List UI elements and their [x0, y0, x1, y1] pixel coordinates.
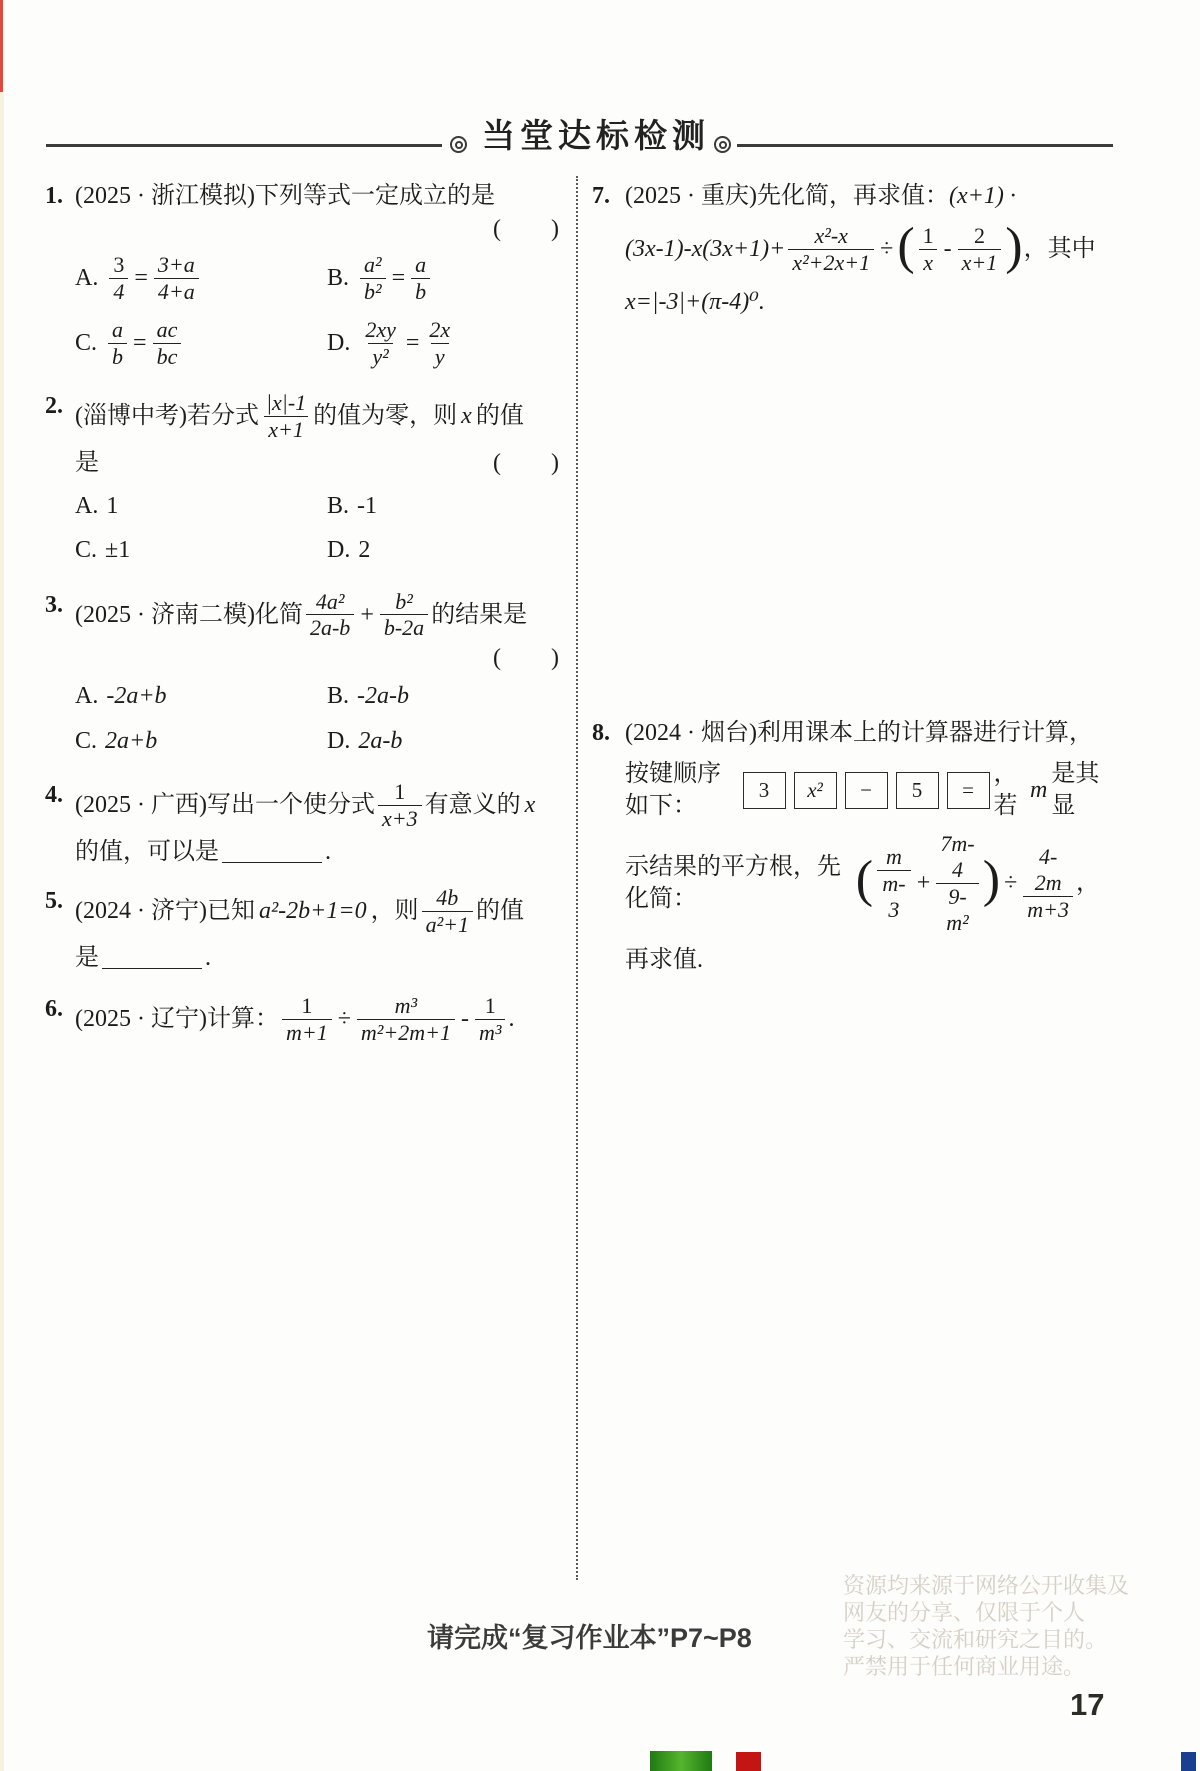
calculator-key-5: 5: [896, 772, 939, 809]
problem-7: 7. (2025 · 重庆)先化简，再求值： (x+1) · (3x-1)-x(…: [592, 180, 1100, 319]
big-left-paren: (: [897, 226, 914, 268]
fraction: ab: [108, 317, 127, 370]
problem-number: 7.: [592, 180, 625, 212]
problem-2: 2. (淄博中考)若分式 |x|-1x+1 的值为零，则 x 的值 是 ( ) …: [45, 390, 561, 573]
problem-number: 4.: [45, 779, 75, 811]
problem-number: 8.: [592, 717, 625, 749]
option-c: C. ab = acbc: [75, 317, 327, 370]
fraction: 4a²2a-b: [306, 589, 354, 642]
option-a: A.1: [75, 490, 327, 522]
problem-number: 1.: [45, 180, 75, 212]
problem-6-stem: 6. (2025 · 辽宁)计算： 1m+1 ÷ m³m²+2m+1 - 1m³…: [45, 993, 561, 1046]
problem-7-condition: x=|-3|+(π-4)⁰.: [592, 286, 1100, 319]
fraction: b²b-2a: [380, 589, 428, 642]
big-left-paren: (: [856, 859, 873, 901]
answer-blank: [102, 948, 202, 969]
problem-8: 8. (2024 · 烟台)利用课本上的计算器进行计算， 按键顺序如下： 3 x…: [592, 717, 1100, 977]
fraction: |x|-1x+1: [262, 390, 310, 443]
problem-3-options: A.-2a+b B.-2a-b C.2a+b D.2a-b: [45, 674, 561, 763]
problem-1-stem: 1. (2025 · 浙江模拟)下列等式一定成立的是: [45, 180, 561, 213]
answer-brackets: ( ): [45, 213, 561, 246]
problem-8-end: 再求值.: [592, 944, 1100, 977]
header-rule-right: [737, 144, 1113, 147]
fraction: ab: [411, 252, 430, 305]
calculator-key-equals: =: [947, 772, 990, 809]
problem-number: 5.: [45, 885, 75, 917]
problem-5: 5. (2024 · 济宁)已知 a²-2b+1=0 ，则 4ba²+1 的值 …: [45, 885, 561, 975]
problem-3-stem: 3. (2025 · 济南二模)化简 4a²2a-b + b²b-2a 的结果是: [45, 589, 561, 642]
print-mark-blue: [1181, 1752, 1196, 1771]
option-c: C.±1: [75, 534, 327, 566]
header-rule-left: [46, 144, 442, 147]
answer-brackets: ( ): [45, 641, 561, 674]
big-right-paren: ): [1005, 226, 1022, 268]
option-b: B.-2a-b: [327, 680, 561, 712]
fraction: 1x+3: [378, 779, 422, 832]
ring-icon-right: [714, 136, 731, 153]
print-mark-green: [650, 1751, 712, 1771]
calculator-key-3: 3: [743, 772, 786, 809]
calculator-key-x-squared: x²: [794, 772, 837, 809]
option-a: A. 34 = 3+a4+a: [75, 252, 327, 305]
option-d: D.2a-b: [327, 725, 561, 757]
option-d: D.2: [327, 534, 561, 566]
problem-number: 6.: [45, 993, 75, 1025]
scan-edge-red-line: [0, 0, 3, 92]
option-b: B. a²b² = ab: [327, 252, 561, 305]
problem-8-expression: 示结果的平方根，先化简： ( mm-3 + 7m-49-m² ) ÷ 4-2mm…: [592, 831, 1100, 936]
problem-2-stem: 2. (淄博中考)若分式 |x|-1x+1 的值为零，则 x 的值: [45, 390, 561, 443]
fraction: x²-xx²+2x+1: [788, 223, 874, 276]
footer-assignment-note: 请完成“复习作业本”P7~P8: [427, 1620, 752, 1656]
fraction: 1x: [919, 223, 938, 276]
calculator-key-minus: −: [845, 772, 888, 809]
right-column: 7. (2025 · 重庆)先化简，再求值： (x+1) · (3x-1)-x(…: [592, 180, 1100, 977]
fraction: 1m³: [475, 993, 505, 1046]
watermark-text: 资源均来源于网络公开收集及 网友的分享、仅限于个人 学习、交流和研究之目的。 严…: [843, 1572, 1188, 1680]
option-d: D. 2xyy² = 2xy: [327, 317, 561, 370]
fraction: 2x+1: [958, 223, 1002, 276]
left-column: 1. (2025 · 浙江模拟)下列等式一定成立的是 ( ) A. 34 = 3…: [45, 180, 561, 1046]
fraction: acbc: [153, 317, 182, 370]
problem-5-stem: 5. (2024 · 济宁)已知 a²-2b+1=0 ，则 4ba²+1 的值: [45, 885, 561, 938]
problem-4: 4. (2025 · 广西)写出一个使分式 1x+3 有意义的 x 的值，可以是…: [45, 779, 561, 869]
problem-number: 3.: [45, 589, 75, 621]
problem-4-continuation: 的值，可以是 .: [45, 836, 561, 869]
fraction: 7m-49-m²: [936, 831, 978, 936]
problem-5-continuation: 是 .: [45, 942, 561, 975]
answer-brackets: ( ): [493, 447, 561, 479]
fraction: 2xy: [425, 317, 454, 370]
problem-number: 2.: [45, 390, 75, 422]
print-mark-red: [736, 1752, 761, 1771]
problem-7-stem: 7. (2025 · 重庆)先化简，再求值： (x+1) ·: [592, 180, 1100, 213]
problem-2-continuation: 是 ( ): [45, 447, 561, 480]
fraction: 4-2mm+3: [1023, 844, 1073, 923]
problem-7-expression: (3x-1)-x(3x+1)+ x²-xx²+2x+1 ÷ ( 1x - 2x+…: [592, 223, 1100, 276]
fraction: 2xyy²: [361, 317, 400, 370]
problem-1: 1. (2025 · 浙江模拟)下列等式一定成立的是 ( ) A. 34 = 3…: [45, 180, 561, 376]
option-a: A.-2a+b: [75, 680, 327, 712]
fraction: mm-3: [877, 844, 911, 923]
fraction: 34: [109, 252, 128, 305]
ring-icon-left: [450, 136, 467, 153]
problem-2-options: A.1 B.-1 C.±1 D.2: [45, 484, 561, 573]
fraction: a²b²: [360, 252, 386, 305]
problem-6: 6. (2025 · 辽宁)计算： 1m+1 ÷ m³m²+2m+1 - 1m³…: [45, 993, 561, 1046]
answer-blank: [222, 842, 322, 863]
problem-4-stem: 4. (2025 · 广西)写出一个使分式 1x+3 有意义的 x: [45, 779, 561, 832]
fraction: m³m²+2m+1: [357, 993, 455, 1046]
problem-1-options: A. 34 = 3+a4+a B. a²b² = ab C. ab = acbc: [45, 246, 561, 376]
big-right-paren: ): [983, 859, 1000, 901]
problem-8-keys-line: 按键顺序如下： 3 x² − 5 = ，若 m 是其显: [592, 758, 1100, 823]
fraction: 1m+1: [282, 993, 332, 1046]
option-b: B.-1: [327, 490, 561, 522]
section-title: 当堂达标检测: [482, 114, 710, 159]
page-number: 17: [1070, 1684, 1104, 1726]
scan-edge-line: [0, 0, 4, 1771]
fraction: 3+a4+a: [154, 252, 199, 305]
option-c: C.2a+b: [75, 725, 327, 757]
problem-8-stem: 8. (2024 · 烟台)利用课本上的计算器进行计算，: [592, 717, 1100, 750]
fraction: 4ba²+1: [422, 885, 473, 938]
column-divider: [576, 176, 578, 1580]
section-header: 当堂达标检测: [0, 118, 1200, 174]
workbook-page: 当堂达标检测 1. (2025 · 浙江模拟)下列等式一定成立的是 ( ) A.…: [0, 0, 1200, 1771]
problem-3: 3. (2025 · 济南二模)化简 4a²2a-b + b²b-2a 的结果是…: [45, 589, 561, 764]
